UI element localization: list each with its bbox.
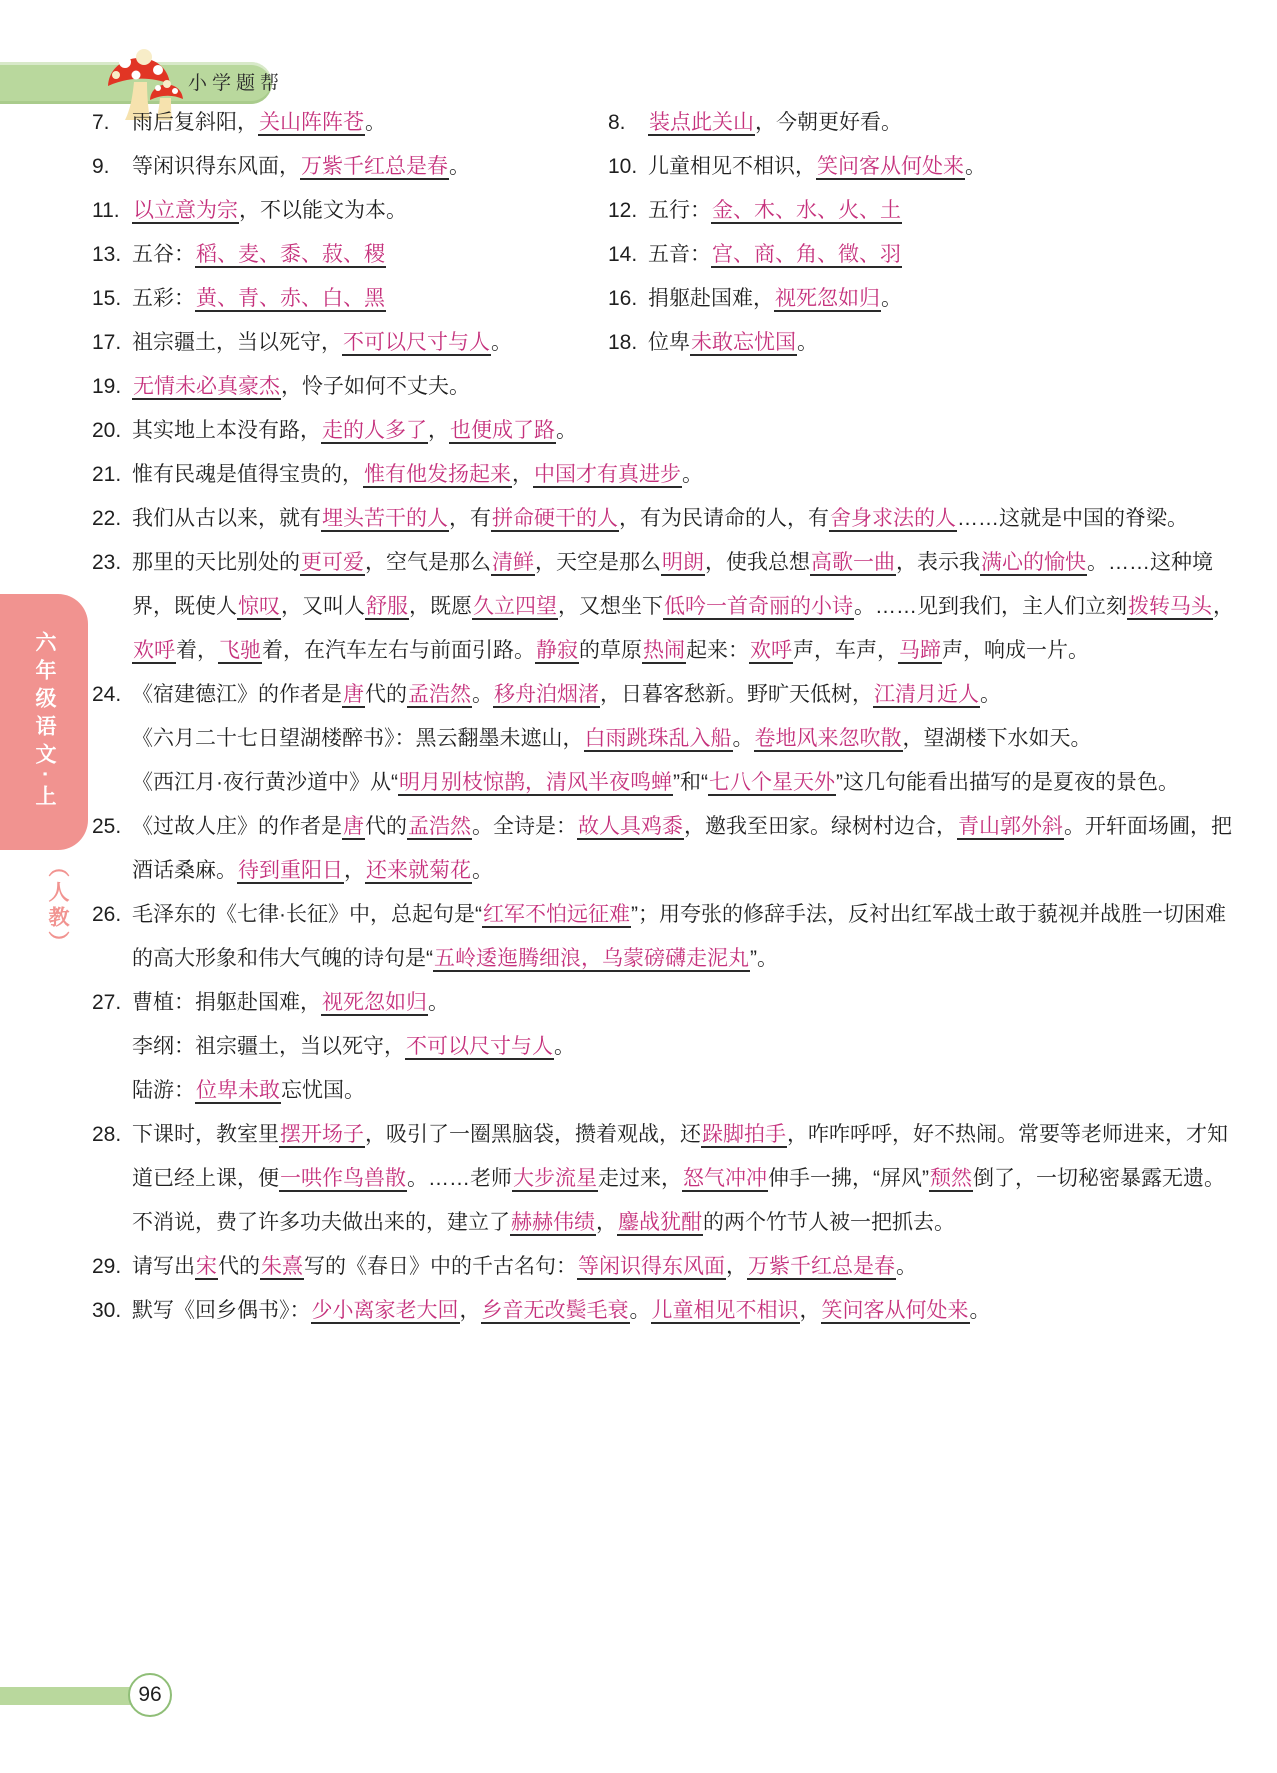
item-text: 捐躯赴国难，视死忽如归。 [648,277,1240,321]
list-item: 18.位卑未敢忘忧国。 [608,321,1240,365]
question-text: 。 [472,859,493,882]
item-row: 27.曹植：捐躯赴国难，视死忽如归。李纲：祖宗疆土，当以死守，不可以尺寸与人。陆… [92,981,1240,1113]
question-text: 。 [491,331,512,354]
question-text: 。 [733,727,754,750]
item-number: 9. [92,145,110,189]
item-text: 以立意为宗，不以能文为本。 [132,189,608,233]
answer-blank: 江清月近人 [873,683,980,708]
question-text: 着， [176,639,218,662]
answer-blank: 七八个星天外 [708,771,836,796]
answer-blank: 以立意为宗 [132,199,239,224]
question-text: ，有 [449,507,491,530]
question-text: 惟有民魂是值得宝贵的， [132,463,363,486]
answer-blank: 等闲识得东风面 [577,1255,726,1280]
item-row: 15.五彩：黄、青、赤、白、黑16.捐躯赴国难，视死忽如归。 [92,277,1240,321]
question-text: 。 [881,287,902,310]
question-text: ，有为民请命的人，有 [619,507,829,530]
question-text: 《六月二十七日望湖楼醉书》：黑云翻墨未遮山， [132,727,584,750]
answer-blank: 鏖战犹酣 [617,1211,703,1236]
list-item: 20.其实地上本没有路，走的人多了，也便成了路。 [92,409,1240,453]
answer-blank: 怒气冲冲 [682,1167,768,1192]
question-text: 我们从古以来，就有 [132,507,321,530]
question-text: ，邀我至田家。绿树村边合， [684,815,957,838]
list-item: 16.捐躯赴国难，视死忽如归。 [608,277,1240,321]
answer-blank: 舍身求法的人 [829,507,957,532]
answer-blank: 惊叹 [237,595,281,620]
answer-blank: 移舟泊烟渚 [493,683,600,708]
answer-blank: 关山阵阵苍 [258,111,365,136]
item-row: 29.请写出宋代的朱熹写的《春日》中的千古名句：等闲识得东风面，万紫千红总是春。 [92,1245,1240,1289]
item-text: 请写出宋代的朱熹写的《春日》中的千古名句：等闲识得东风面，万紫千红总是春。 [132,1245,1240,1289]
item-number: 21. [92,453,121,497]
answer-blank: 装点此关山 [648,111,755,136]
question-text: 陆游： [132,1079,195,1102]
question-text: 儿童相见不相识， [648,155,816,178]
answer-blank: 红军不怕远征难 [482,903,631,928]
answer-blank: 笑问客从何处来 [821,1299,970,1324]
answer-blank: 儿童相见不相识 [651,1299,800,1324]
list-item: 21.惟有民魂是值得宝贵的，惟有他发扬起来，中国才有真进步。 [92,453,1240,497]
question-text: 。 [965,155,986,178]
answer-blank: 唐 [342,683,365,708]
list-item: 17.祖宗疆土，当以死守，不可以尺寸与人。 [92,321,608,365]
item-number: 19. [92,365,121,409]
question-text: 代的 [365,815,407,838]
question-text: ，空气是那么 [365,551,491,574]
answer-blank: 一哄作鸟兽散 [279,1167,407,1192]
question-text: 五行： [648,199,711,222]
item-number: 29. [92,1245,121,1289]
item-row: 21.惟有民魂是值得宝贵的，惟有他发扬起来，中国才有真进步。 [92,453,1240,497]
item-row: 25.《过故人庄》的作者是唐代的孟浩然。全诗是：故人具鸡黍，邀我至田家。绿树村边… [92,805,1240,893]
item-number: 25. [92,805,121,849]
item-number: 24. [92,673,121,717]
item-text: 惟有民魂是值得宝贵的，惟有他发扬起来，中国才有真进步。 [132,453,1240,497]
list-item: 7.雨后复斜阳，关山阵阵苍。 [92,101,608,145]
item-text: 《宿建德江》的作者是唐代的孟浩然。移舟泊烟渚，日暮客愁新。野旷天低树，江清月近人… [132,673,1240,717]
answer-blank: 五岭逶迤腾细浪，乌蒙磅礴走泥丸 [433,947,750,972]
answer-blank: 万紫千红总是春 [300,155,449,180]
answer-blank: 热闹 [642,639,686,664]
question-text: ， [460,1299,481,1322]
question-text: 。……老师 [407,1167,512,1190]
answer-blank: 舒服 [365,595,409,620]
item-row: 22.我们从古以来，就有埋头苦干的人，有拼命硬干的人，有为民请命的人，有舍身求法… [92,497,1240,541]
question-text: ，既愿 [409,595,472,618]
list-item: 11.以立意为宗，不以能文为本。 [92,189,608,233]
item-row: 24.《宿建德江》的作者是唐代的孟浩然。移舟泊烟渚，日暮客愁新。野旷天低树，江清… [92,673,1240,805]
list-item: 19.无情未必真豪杰，怜子如何不丈夫。 [92,365,1240,409]
question-text: 李纲：祖宗疆土，当以死守， [132,1035,405,1058]
answer-blank: 久立四望 [472,595,558,620]
question-text: ，又叫人 [281,595,365,618]
item-row: 17.祖宗疆土，当以死守，不可以尺寸与人。18.位卑未敢忘忧国。 [92,321,1240,365]
answer-blank: 赫赫伟绩 [510,1211,596,1236]
item-number: 30. [92,1289,121,1333]
item-number: 8. [608,101,626,145]
question-text: 起来： [686,639,749,662]
question-text: 。……见到我们，主人们立刻 [854,595,1127,618]
question-text: ……这就是中国的脊梁。 [957,507,1188,530]
item-text: 五行：金、木、水、火、土 [648,189,1240,233]
question-text: 。 [556,419,577,442]
question-text: ， [344,859,365,882]
question-text: 。 [896,1255,917,1278]
item-row: 20.其实地上本没有路，走的人多了，也便成了路。 [92,409,1240,453]
list-item: 29.请写出宋代的朱熹写的《春日》中的千古名句：等闲识得东风面，万紫千红总是春。 [92,1245,1240,1289]
page-number: 96 [138,1683,161,1707]
item-row: 19.无情未必真豪杰，怜子如何不丈夫。 [92,365,1240,409]
item-text: 《六月二十七日望湖楼醉书》：黑云翻墨未遮山，白雨跳珠乱入船。卷地风来忽吹散，望湖… [132,717,1240,761]
answer-blank: 位卑未敢 [195,1079,281,1104]
answer-blank: 满心的愉快 [980,551,1087,576]
item-text: 下课时，教室里摆开场子，吸引了一圈黑脑袋，攒着观战，还跺脚拍手，咋咋呼呼，好不热… [132,1113,1240,1245]
question-text: 《宿建德江》的作者是 [132,683,342,706]
list-item: 24.《宿建德江》的作者是唐代的孟浩然。移舟泊烟渚，日暮客愁新。野旷天低树，江清… [92,673,1240,805]
item-row: 13.五谷：稻、麦、黍、菽、稷14.五音：宫、商、角、徵、羽 [92,233,1240,277]
question-text: 那里的天比别处的 [132,551,300,574]
list-item: 28.下课时，教室里摆开场子，吸引了一圈黑脑袋，攒着观战，还跺脚拍手，咋咋呼呼，… [92,1113,1240,1245]
answer-blank: 唐 [342,815,365,840]
list-item: 15.五彩：黄、青、赤、白、黑 [92,277,608,321]
question-text: ”和“ [673,771,708,794]
item-row: 7.雨后复斜阳，关山阵阵苍。8.装点此关山，今朝更好看。 [92,101,1240,145]
question-text: ”这几句能看出描写的是夏夜的景色。 [836,771,1179,794]
answer-blank: 故人具鸡黍 [577,815,684,840]
item-text: 那里的天比别处的更可爱，空气是那么清鲜，天空是那么明朗，使我总想高歌一曲，表示我… [132,541,1240,673]
item-row: 11.以立意为宗，不以能文为本。12.五行：金、木、水、火、土 [92,189,1240,233]
question-text: 。 [797,331,818,354]
answer-blank: 大步流星 [512,1167,598,1192]
item-row: 9.等闲识得东风面，万紫千红总是春。10.儿童相见不相识，笑问客从何处来。 [92,145,1240,189]
item-number: 28. [92,1113,121,1157]
answer-blank: 乡音无改鬓毛衰 [481,1299,630,1324]
answer-blank: 低吟一首奇丽的小诗 [663,595,854,620]
question-text: 。 [630,1299,651,1322]
answer-blank: 无情未必真豪杰 [132,375,281,400]
answer-blank: 金、木、水、火、土 [711,199,902,224]
question-text: 写的《春日》中的千古名句： [304,1255,577,1278]
answer-blank: 稻、麦、黍、菽、稷 [195,243,386,268]
question-text: 下课时，教室里 [132,1123,279,1146]
answer-blank: 孟浩然 [407,683,472,708]
item-text: 默写《回乡偶书》：少小离家老大回，乡音无改鬓毛衰。儿童相见不相识，笑问客从何处来… [132,1289,1240,1333]
item-text: 《西江月·夜行黄沙道中》从“明月别枝惊鹊，清风半夜鸣蝉”和“七八个星天外”这几句… [132,761,1240,805]
answer-blank: 欢呼 [749,639,793,664]
answer-blank: 宫、商、角、徵、羽 [711,243,902,268]
item-text: 其实地上本没有路，走的人多了，也便成了路。 [132,409,1240,453]
question-text: ， [800,1299,821,1322]
answer-blank: 拨转马头 [1127,595,1213,620]
item-number: 7. [92,101,110,145]
question-text: 。 [365,111,386,134]
item-number: 11. [92,189,120,233]
question-text: 的草原 [579,639,642,662]
answer-blank: 孟浩然 [407,815,472,840]
list-item: 26.毛泽东的《七律·长征》中，总起句是“红军不怕远征难”；用夸张的修辞手法，反… [92,893,1240,981]
answer-blank: 还来就菊花 [365,859,472,884]
item-number: 26. [92,893,121,937]
question-text: 《西江月·夜行黄沙道中》从“ [132,771,398,794]
answer-blank: 白雨跳珠乱入船 [584,727,733,752]
question-text: 声，响成一片。 [942,639,1089,662]
item-text: 五谷：稻、麦、黍、菽、稷 [132,233,608,277]
question-text: 其实地上本没有路， [132,419,321,442]
item-number: 13. [92,233,121,277]
answer-blank: 跺脚拍手 [701,1123,787,1148]
question-text: 捐躯赴国难， [648,287,774,310]
question-text: 位卑 [648,331,690,354]
question-text: 忘忧国。 [281,1079,365,1102]
item-row: 26.毛泽东的《七律·长征》中，总起句是“红军不怕远征难”；用夸张的修辞手法，反… [92,893,1240,981]
question-text: 五彩： [132,287,195,310]
answer-blank: 未敢忘忧国 [690,331,797,356]
item-text: 五彩：黄、青、赤、白、黑 [132,277,608,321]
question-text: 祖宗疆土，当以死守， [132,331,342,354]
question-text: ， [726,1255,747,1278]
list-item: 25.《过故人庄》的作者是唐代的孟浩然。全诗是：故人具鸡黍，邀我至田家。绿树村边… [92,805,1240,893]
question-text: 默写《回乡偶书》： [132,1299,311,1322]
item-text: 祖宗疆土，当以死守，不可以尺寸与人。 [132,321,608,365]
item-row: 28.下课时，教室里摆开场子，吸引了一圈黑脑袋，攒着观战，还跺脚拍手，咋咋呼呼，… [92,1113,1240,1245]
answer-blank: 万紫千红总是春 [747,1255,896,1280]
list-item: 13.五谷：稻、麦、黍、菽、稷 [92,233,608,277]
question-text: ， [428,419,449,442]
answer-blank: 惟有他发扬起来 [363,463,512,488]
edition-label: （人教） [42,856,72,956]
item-text: 我们从古以来，就有埋头苦干的人，有拼命硬干的人，有为民请命的人，有舍身求法的人…… [132,497,1240,541]
list-item: 8.装点此关山，今朝更好看。 [608,101,1240,145]
question-text: 着，在汽车左右与前面引路。 [262,639,535,662]
item-text: 无情未必真豪杰，怜子如何不丈夫。 [132,365,1240,409]
footer-bar [0,1687,132,1705]
answer-blank: 更可爱 [300,551,365,576]
question-text: ，天空是那么 [535,551,661,574]
answer-blank: 颓然 [929,1167,973,1192]
answer-blank: 不可以尺寸与人 [342,331,491,356]
item-row: 30.默写《回乡偶书》：少小离家老大回，乡音无改鬓毛衰。儿童相见不相识，笑问客从… [92,1289,1240,1333]
question-text: ，不以能文为本。 [239,199,407,222]
grade-label: 六年级语文·上 [29,631,59,813]
answer-blank: 埋头苦干的人 [321,507,449,532]
answer-blank: 也便成了路 [449,419,556,444]
question-text: 。全诗是： [472,815,577,838]
item-number: 16. [608,277,637,321]
question-text: 伸手一拂，“屏风” [768,1167,929,1190]
item-number: 12. [608,189,637,233]
answer-blank: 摆开场子 [279,1123,365,1148]
question-text: 请写出 [132,1255,195,1278]
question-text: 五音： [648,243,711,266]
question-text: 曹植：捐躯赴国难， [132,991,321,1014]
question-text: ，今朝更好看。 [755,111,902,134]
question-text: 。 [682,463,703,486]
answer-blank: 少小离家老大回 [311,1299,460,1324]
item-text: 《过故人庄》的作者是唐代的孟浩然。全诗是：故人具鸡黍，邀我至田家。绿树村边合，青… [132,805,1240,893]
item-text: 曹植：捐躯赴国难，视死忽如归。 [132,981,1240,1025]
item-number: 27. [92,981,121,1025]
question-text: ， [512,463,533,486]
item-text: 等闲识得东风面，万紫千红总是春。 [132,145,608,189]
question-text: 声，车声， [793,639,898,662]
item-number: 18. [608,321,637,365]
list-item: 9.等闲识得东风面，万紫千红总是春。 [92,145,608,189]
question-text: ， [1213,595,1234,618]
item-number: 17. [92,321,121,365]
list-item: 22.我们从古以来，就有埋头苦干的人，有拼命硬干的人，有为民请命的人，有舍身求法… [92,497,1240,541]
answer-blank: 笑问客从何处来 [816,155,965,180]
list-item: 27.曹植：捐躯赴国难，视死忽如归。李纲：祖宗疆土，当以死守，不可以尺寸与人。陆… [92,981,1240,1113]
item-text: 毛泽东的《七律·长征》中，总起句是“红军不怕远征难”；用夸张的修辞手法，反衬出红… [132,893,1240,981]
question-text: ，吸引了一圈黑脑袋，攒着观战，还 [365,1123,701,1146]
question-text: 等闲识得东风面， [132,155,300,178]
sidebar-grade-tab: 六年级语文·上 [0,594,88,850]
item-text: 李纲：祖宗疆土，当以死守，不可以尺寸与人。 [132,1025,1240,1069]
question-text: ，使我总想 [705,551,810,574]
item-row: 23.那里的天比别处的更可爱，空气是那么清鲜，天空是那么明朗，使我总想高歌一曲，… [92,541,1240,673]
answer-blank: 中国才有真进步 [533,463,682,488]
question-text: 。 [472,683,493,706]
question-text: 五谷： [132,243,195,266]
items-list: 7.雨后复斜阳，关山阵阵苍。8.装点此关山，今朝更好看。9.等闲识得东风面，万紫… [92,101,1240,1333]
answer-blank: 高歌一曲 [810,551,896,576]
item-text: 雨后复斜阳，关山阵阵苍。 [132,101,608,145]
item-number: 23. [92,541,121,585]
question-text: 代的 [218,1255,260,1278]
question-text: 。 [428,991,449,1014]
answer-blank: 清鲜 [491,551,535,576]
item-number: 22. [92,497,121,541]
question-text: 代的 [365,683,407,706]
answer-blank: 马蹄 [898,639,942,664]
answer-blank: 视死忽如归 [321,991,428,1016]
question-text: ，望湖楼下水如天。 [903,727,1092,750]
list-item: 12.五行：金、木、水、火、土 [608,189,1240,233]
workbook-page: 小学题帮 六年级语文·上 （人教） 7.雨后复斜阳，关山阵阵苍。8.装点此关山，… [0,0,1277,1773]
item-text: 陆游：位卑未敢忘忧国。 [132,1069,1240,1113]
list-item: 23.那里的天比别处的更可爱，空气是那么清鲜，天空是那么明朗，使我总想高歌一曲，… [92,541,1240,673]
answer-blank: 朱熹 [260,1255,304,1280]
item-number: 10. [608,145,637,189]
list-item: 30.默写《回乡偶书》：少小离家老大回，乡音无改鬓毛衰。儿童相见不相识，笑问客从… [92,1289,1240,1333]
question-text: 。 [970,1299,991,1322]
question-text: 毛泽东的《七律·长征》中，总起句是“ [132,903,482,926]
item-number: 20. [92,409,121,453]
question-text: 的两个竹节人被一把抓去。 [703,1211,955,1234]
item-number: 15. [92,277,121,321]
item-text: 位卑未敢忘忧国。 [648,321,1240,365]
answer-blank: 青山郭外斜 [957,815,1064,840]
question-text: 。 [554,1035,575,1058]
answer-blank: 卷地风来忽吹散 [754,727,903,752]
answer-blank: 明月别枝惊鹊，清风半夜鸣蝉 [398,771,673,796]
question-text: ，怜子如何不丈夫。 [281,375,470,398]
answer-blank: 待到重阳日 [237,859,344,884]
answer-blank: 静寂 [535,639,579,664]
question-text: ，表示我 [896,551,980,574]
answer-blank: 明朗 [661,551,705,576]
item-text: 装点此关山，今朝更好看。 [648,101,1240,145]
question-text: ，日暮客愁新。野旷天低树， [600,683,873,706]
question-text: ，又想坐下 [558,595,663,618]
page-number-badge: 96 [128,1673,172,1717]
list-item: 14.五音：宫、商、角、徵、羽 [608,233,1240,277]
answer-blank: 视死忽如归 [774,287,881,312]
item-number: 14. [608,233,637,277]
answer-blank: 走的人多了 [321,419,428,444]
question-text: ， [596,1211,617,1234]
question-text: 。 [980,683,1001,706]
brand-title: 小学题帮 [188,62,284,104]
question-text: 。 [449,155,470,178]
question-text: 雨后复斜阳， [132,111,258,134]
answer-blank: 欢呼 [132,639,176,664]
answer-blank: 不可以尺寸与人 [405,1035,554,1060]
list-item: 10.儿童相见不相识，笑问客从何处来。 [608,145,1240,189]
answer-blank: 飞驰 [218,639,262,664]
item-text: 五音：宫、商、角、徵、羽 [648,233,1240,277]
item-text: 儿童相见不相识，笑问客从何处来。 [648,145,1240,189]
answer-blank: 拼命硬干的人 [491,507,619,532]
answer-blank: 宋 [195,1255,218,1280]
question-text: 走过来， [598,1167,682,1190]
question-text: ”。 [750,947,778,970]
question-text: 《过故人庄》的作者是 [132,815,342,838]
answer-blank: 黄、青、赤、白、黑 [195,287,386,312]
